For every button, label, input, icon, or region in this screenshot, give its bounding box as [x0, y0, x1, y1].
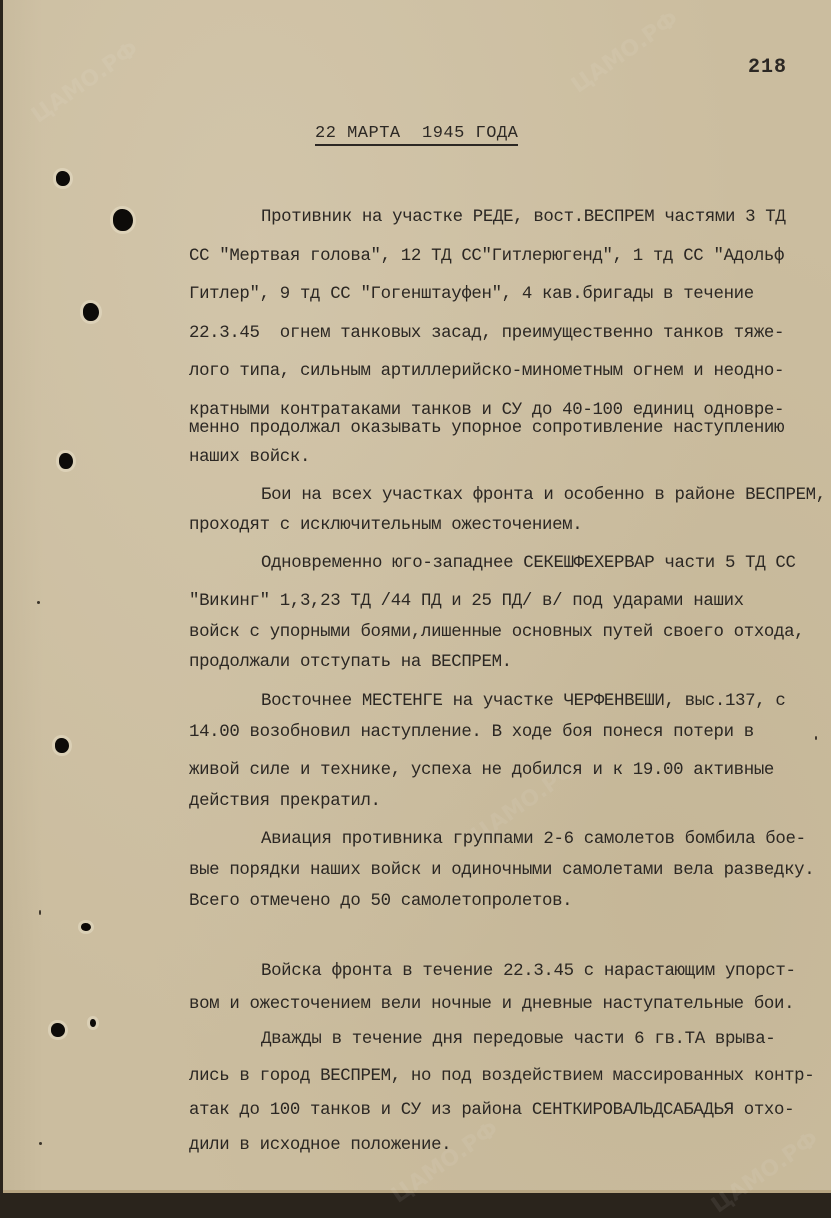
- binding-hole: [55, 738, 69, 753]
- binding-hole: [83, 303, 99, 321]
- text-line: действия прекратил.: [189, 792, 381, 812]
- page-number: 218: [748, 56, 787, 79]
- archive-watermark: ЦАМО.РФ: [707, 1127, 823, 1200]
- binding-hole: [56, 171, 70, 186]
- text-line: лись в город ВЕСПРЕМ, но под воздействие…: [189, 1067, 814, 1087]
- text-line: Бои на всех участках фронта и особенно в…: [261, 486, 826, 506]
- text-line: менно продолжал оказывать упорное сопрот…: [189, 419, 784, 439]
- binding-hole: [81, 923, 91, 931]
- document-page: ЦАМО.РФ ЦАМО.РФ ЦАМО.РФ ЦАМО.РФ ЦАМО.РФ …: [3, 0, 831, 1193]
- text-line: наших войск.: [189, 448, 310, 468]
- text-line: кратными контратаками танков и СУ до 40-…: [189, 401, 784, 421]
- text-line: Восточнее МЕСТЕНГЕ на участке ЧЕРФЕНВЕШИ…: [261, 692, 785, 712]
- paper-speck: [815, 736, 817, 740]
- text-line: Гитлер", 9 тд СС "Гогенштауфен", 4 кав.б…: [189, 285, 754, 305]
- text-line: Одновременно юго-западнее СЕКЕШФЕХЕРВАР …: [261, 554, 796, 574]
- document-title: 22 МАРТА 1945 ГОДА: [315, 124, 518, 146]
- text-line: войск с упорными боями,лишенные основных…: [189, 623, 804, 643]
- text-line: Авиация противника группами 2-6 самолето…: [261, 830, 806, 850]
- text-line: дили в исходное положение.: [189, 1136, 451, 1156]
- text-line: живой силе и технике, успеха не добился …: [189, 761, 774, 781]
- archive-watermark: ЦАМО.РФ: [387, 1117, 503, 1200]
- text-line: Дважды в течение дня передовые части 6 г…: [261, 1030, 775, 1050]
- paper-speck: [39, 1142, 42, 1145]
- archive-watermark: ЦАМО.РФ: [27, 37, 143, 129]
- paper-speck: [39, 910, 41, 915]
- text-line: продолжали отступать на ВЕСПРЕМ.: [189, 653, 512, 673]
- text-line: Всего отмечено до 50 самолетопролетов.: [189, 892, 572, 912]
- binding-hole: [59, 453, 73, 469]
- text-line: Войска фронта в течение 22.3.45 с нараст…: [261, 962, 796, 982]
- text-line: 14.00 возобновил наступление. В ходе боя…: [189, 723, 754, 743]
- text-line: Противник на участке РЕДЕ, вост.ВЕСПРЕМ …: [261, 208, 785, 228]
- binding-hole: [90, 1019, 96, 1027]
- text-line: проходят с исключительным ожесточением.: [189, 516, 582, 536]
- paper-speck: [37, 601, 40, 604]
- text-line: вом и ожесточением вели ночные и дневные…: [189, 995, 794, 1015]
- archive-watermark: ЦАМО.РФ: [567, 7, 683, 99]
- text-line: атак до 100 танков и СУ из района СЕНТКИ…: [189, 1101, 794, 1121]
- binding-hole: [51, 1023, 65, 1037]
- text-line: 22.3.45 огнем танковых засад, преимущест…: [189, 324, 784, 344]
- text-line: "Викинг" 1,3,23 ТД /44 ПД и 25 ПД/ в/ по…: [189, 592, 744, 612]
- text-line: СС "Мертвая голова", 12 ТД СС"Гитлерюген…: [189, 247, 784, 267]
- text-line: лого типа, сильным артиллерийско-миномет…: [189, 362, 784, 382]
- binding-hole: [113, 209, 133, 231]
- text-line: вые порядки наших войск и одиночными сам…: [189, 861, 814, 881]
